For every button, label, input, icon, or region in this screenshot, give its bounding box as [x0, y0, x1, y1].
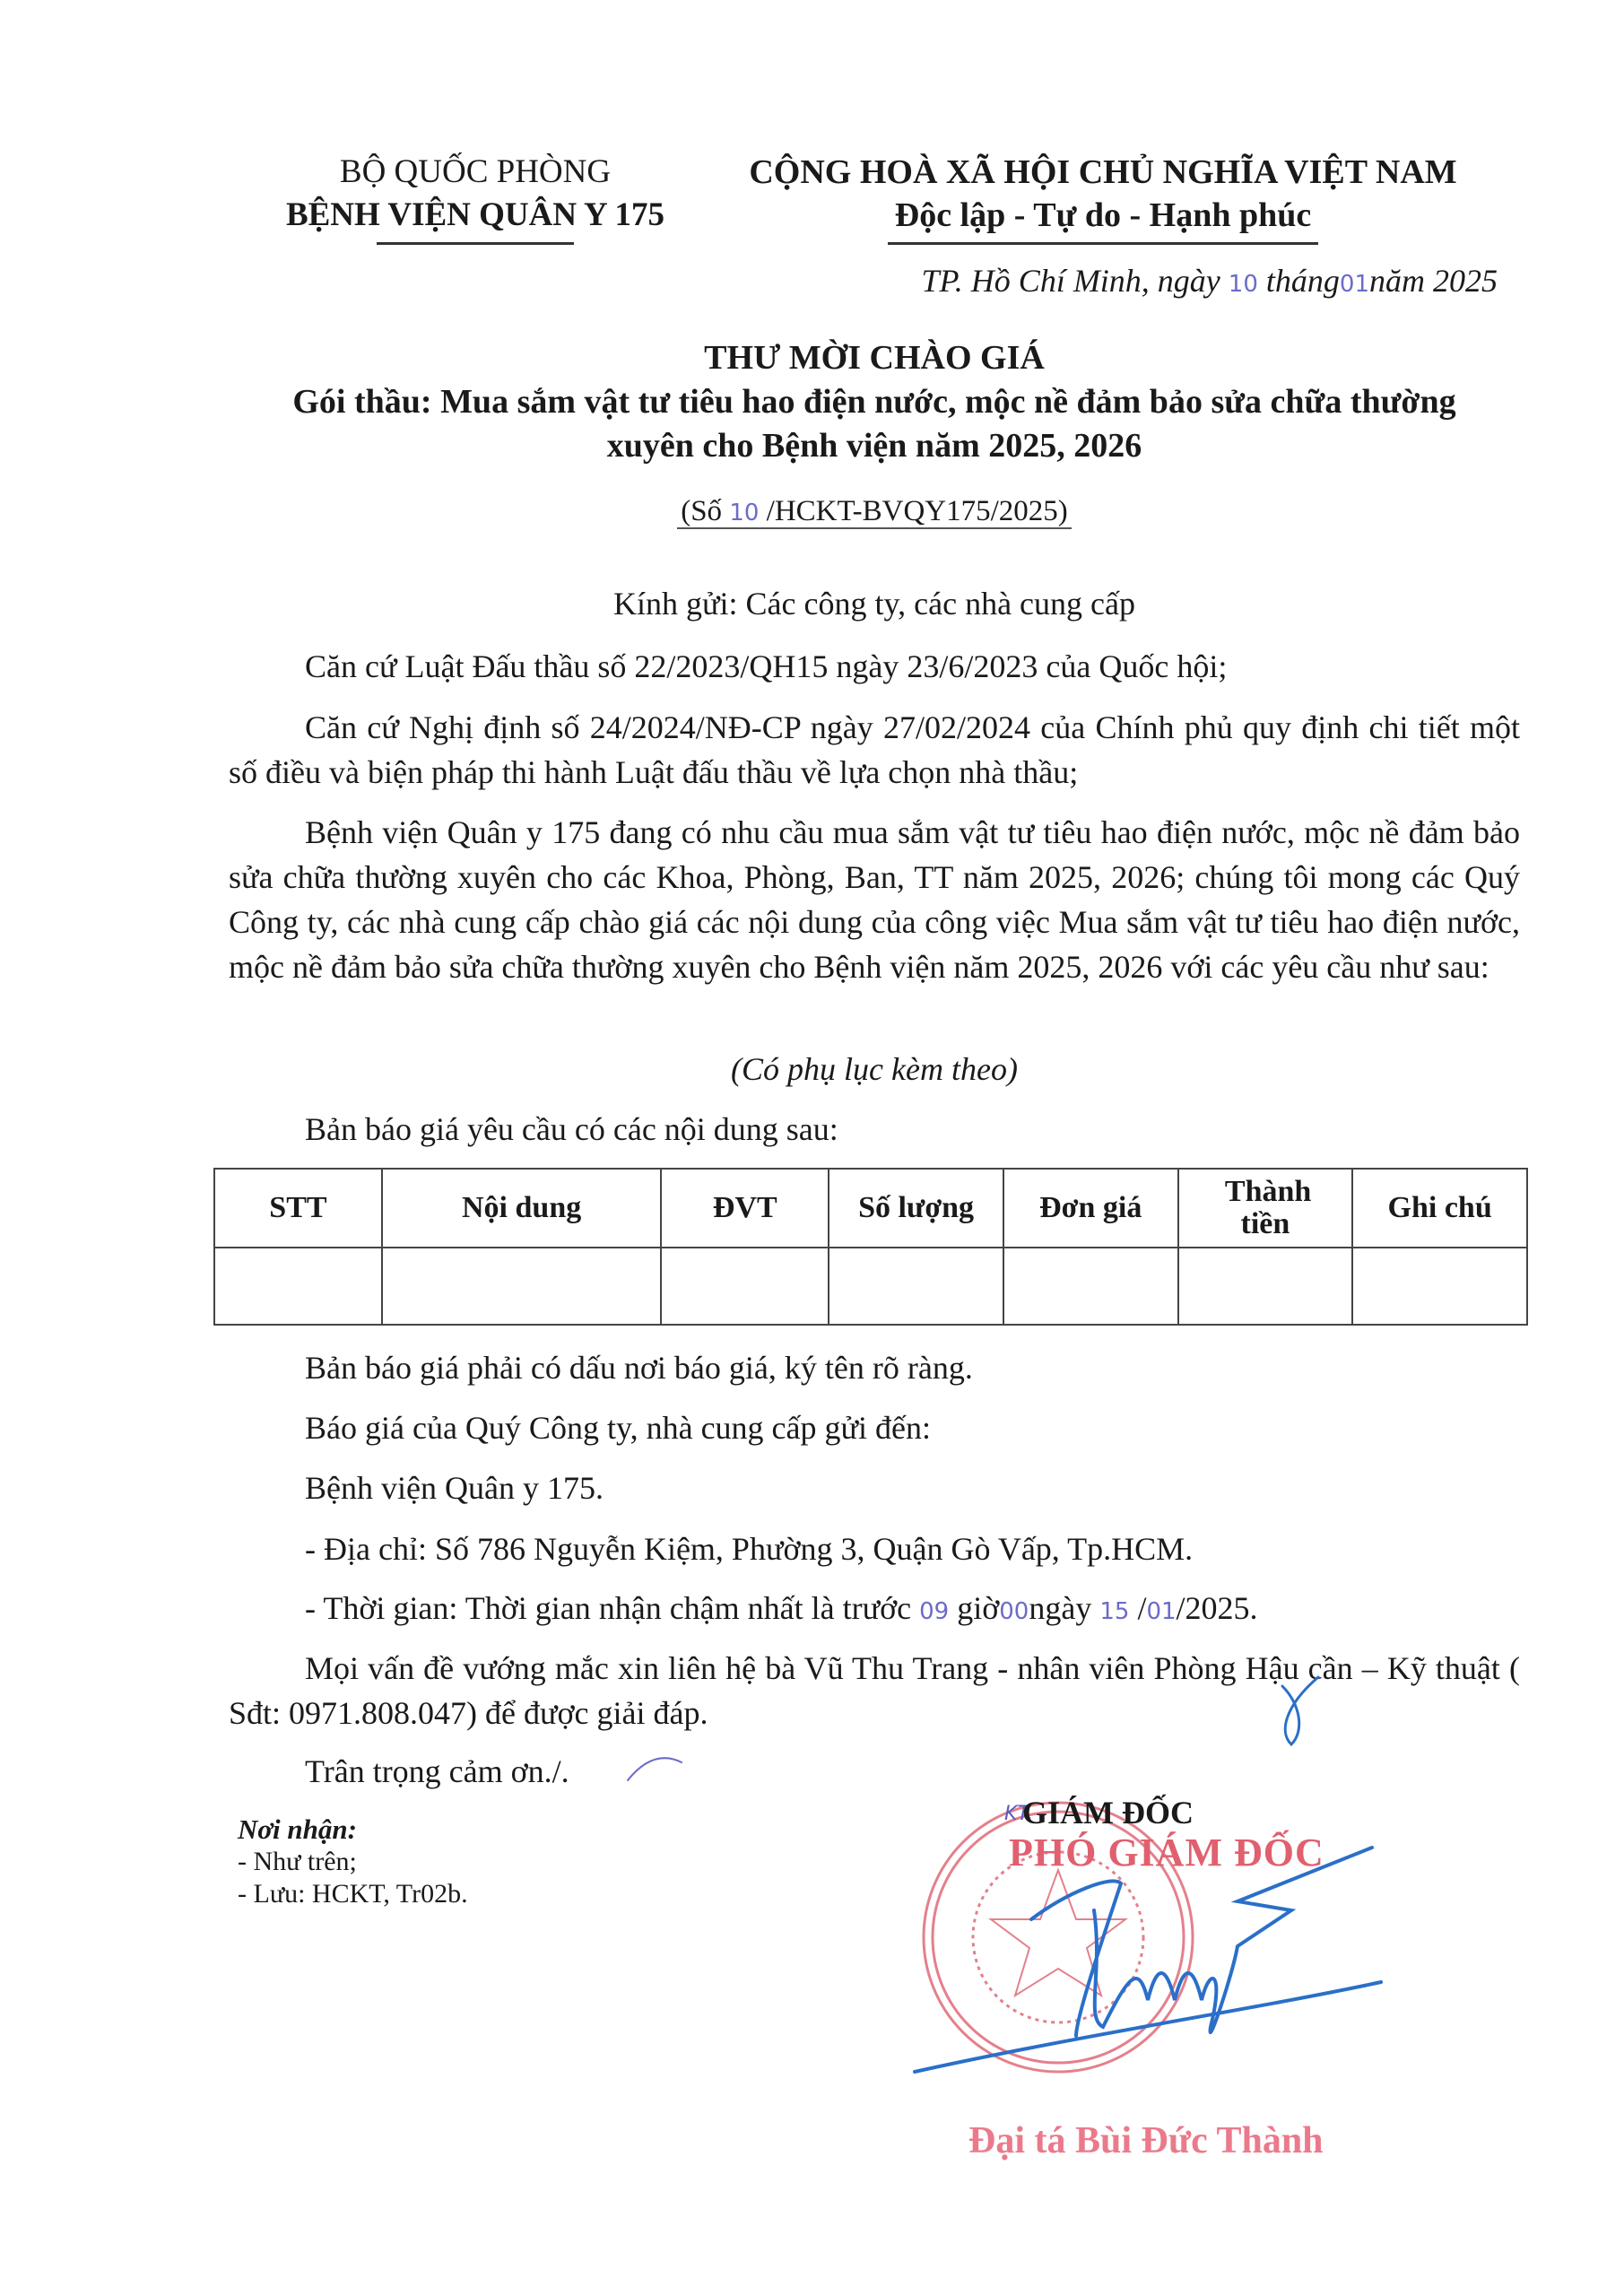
divider: [377, 242, 574, 245]
national-motto: Độc lập - Tự do - Hạnh phúc: [717, 194, 1489, 237]
date-line: TP. Hồ Chí Minh, ngày 10 tháng01năm 2025: [852, 262, 1498, 300]
greeting: Kính gửi: Các công ty, các nhà cung cấp: [229, 581, 1520, 626]
table-row: [214, 1248, 1527, 1325]
cell: [829, 1248, 1003, 1325]
date-month-label: tháng: [1266, 263, 1340, 299]
date-year: năm 2025: [1369, 263, 1498, 299]
recipients-block: Nơi nhận: - Như trên; - Lưu: HCKT, Tr02b…: [238, 1813, 468, 1910]
table-header-row: STT Nội dung ĐVT Số lượng Đơn giá Thành …: [214, 1169, 1527, 1248]
cell: [214, 1248, 382, 1325]
number-value: 10: [729, 500, 759, 526]
signatory-name: Đại tá Bùi Đức Thành: [968, 2119, 1324, 2162]
address: - Địa chỉ: Số 786 Nguyễn Kiệm, Phường 3,…: [229, 1526, 1520, 1571]
col-quantity: Số lượng: [829, 1169, 1003, 1248]
cell: [1352, 1248, 1527, 1325]
cell: [382, 1248, 661, 1325]
package-line-1: Gói thầu: Mua sắm vật tư tiêu hao điện n…: [224, 380, 1524, 424]
deadline-minute: 00: [999, 1598, 1029, 1625]
cell: [661, 1248, 829, 1325]
cell: [1178, 1248, 1353, 1325]
col-unit-price: Đơn giá: [1003, 1169, 1178, 1248]
issuing-authority: BỘ QUỐC PHÒNG BỆNH VIỆN QUÂN Y 175: [233, 151, 717, 245]
national-heading: CỘNG HOÀ XÃ HỘI CHỦ NGHĨA VIỆT NAM Độc l…: [717, 151, 1489, 245]
closing: Trân trọng cảm ơn./.: [229, 1749, 1520, 1794]
document-number: (Số 10 /HCKT-BVQY175/2025): [224, 495, 1524, 528]
deadline-day: 15: [1099, 1598, 1129, 1625]
day-label: ngày: [1029, 1590, 1091, 1626]
quote-intro: Bản báo giá yêu cầu có các nội dung sau:: [229, 1107, 1520, 1152]
request-paragraph: Bệnh viện Quân y 175 đang có nhu cầu mua…: [229, 810, 1520, 989]
col-stt: STT: [214, 1169, 382, 1248]
col-total: Thành tiền: [1178, 1169, 1353, 1248]
quote-table: STT Nội dung ĐVT Số lượng Đơn giá Thành …: [213, 1168, 1528, 1326]
appendix-note: (Có phụ lục kèm theo): [229, 1047, 1520, 1091]
legal-basis-1: Căn cứ Luật Đấu thầu số 22/2023/QH15 ngà…: [229, 644, 1520, 689]
ministry-name: BỘ QUỐC PHÒNG: [233, 151, 717, 194]
recipient-item: - Lưu: HCKT, Tr02b.: [238, 1878, 468, 1910]
number-suffix: /HCKT-BVQY175/2025): [767, 495, 1068, 527]
col-content: Nội dung: [382, 1169, 661, 1248]
cell: [1003, 1248, 1178, 1325]
signatory-title: GIÁM ĐỐC: [1022, 1794, 1194, 1831]
deadline-month: 01: [1146, 1598, 1176, 1625]
deadline-hour: 09: [919, 1598, 949, 1625]
deadline-year: /2025.: [1177, 1590, 1258, 1626]
date-month: 01: [1340, 271, 1369, 298]
document-title: THƯ MỜI CHÀO GIÁ Gói thầu: Mua sắm vật t…: [224, 336, 1524, 468]
date-day: 10: [1229, 271, 1258, 298]
divider: [888, 242, 1318, 245]
number-prefix: (Số: [681, 495, 722, 527]
date-prefix: TP. Hồ Chí Minh, ngày: [921, 263, 1220, 299]
col-unit: ĐVT: [661, 1169, 829, 1248]
col-notes: Ghi chú: [1352, 1169, 1527, 1248]
hospital-name: BỆNH VIỆN QUÂN Y 175: [233, 194, 717, 237]
package-line-2: xuyên cho Bệnh viện năm 2025, 2026: [224, 424, 1524, 468]
stamp-requirement: Bản báo giá phải có dấu nơi báo giá, ký …: [229, 1345, 1520, 1390]
legal-basis-2: Căn cứ Nghị định số 24/2024/NĐ-CP ngày 2…: [229, 705, 1520, 795]
deadline: - Thời gian: Thời gian nhận chậm nhất là…: [229, 1586, 1520, 1634]
hour-label: giờ: [957, 1590, 999, 1626]
recipients-heading: Nơi nhận:: [238, 1813, 468, 1846]
contact-info: Mọi vấn đề vướng mắc xin liên hệ bà Vũ T…: [229, 1646, 1520, 1735]
vice-director-stamp: PHÓ GIÁM ĐỐC: [1009, 1830, 1324, 1875]
country-name: CỘNG HOÀ XÃ HỘI CHỦ NGHĨA VIỆT NAM: [717, 151, 1489, 194]
send-to: Báo giá của Quý Công ty, nhà cung cấp gử…: [229, 1405, 1520, 1450]
deadline-prefix: - Thời gian: Thời gian nhận chậm nhất là…: [305, 1590, 911, 1626]
recipient-item: - Như trên;: [238, 1846, 468, 1878]
recipient-name: Bệnh viện Quân y 175.: [229, 1465, 1520, 1510]
title-main: THƯ MỜI CHÀO GIÁ: [224, 336, 1524, 380]
col-total-label: Thành tiền: [1225, 1176, 1306, 1240]
